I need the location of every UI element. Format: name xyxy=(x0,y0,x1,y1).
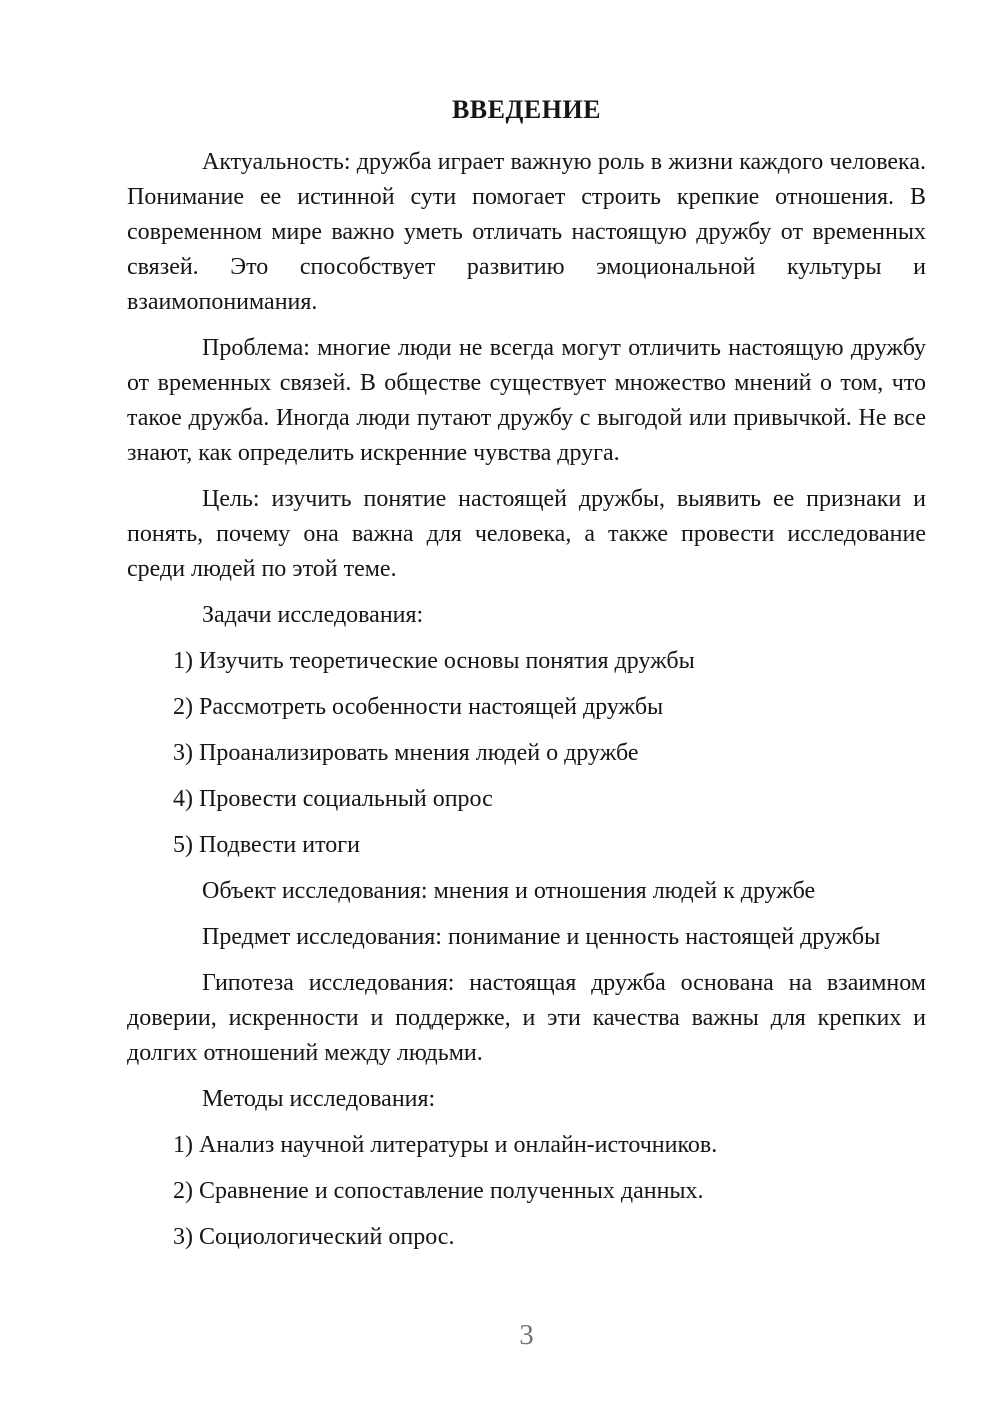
tasks-heading: Задачи исследования: xyxy=(127,598,926,633)
paragraph-subject: Предмет исследования: понимание и ценнос… xyxy=(127,920,926,955)
task-list-item: 4) Провести социальный опрос xyxy=(173,782,926,817)
method-list-item: 1) Анализ научной литературы и онлайн-ис… xyxy=(173,1128,926,1163)
task-list-item: 5) Подвести итоги xyxy=(173,828,926,863)
paragraph-goal: Цель: изучить понятие настоящей дружбы, … xyxy=(127,482,926,587)
paragraph-problem: Проблема: многие люди не всегда могут от… xyxy=(127,331,926,471)
paragraph-relevance: Актуальность: дружба играет важную роль … xyxy=(127,145,926,320)
document-page: ВВЕДЕНИЕ Актуальность: дружба играет важ… xyxy=(0,0,1000,1414)
method-list-item: 3) Социологический опрос. xyxy=(173,1220,926,1255)
paragraph-object: Объект исследования: мнения и отношения … xyxy=(127,874,926,909)
task-list-item: 1) Изучить теоретические основы понятия … xyxy=(173,644,926,679)
methods-heading: Методы исследования: xyxy=(127,1082,926,1117)
page-content: ВВЕДЕНИЕ Актуальность: дружба играет важ… xyxy=(127,92,926,1266)
page-title: ВВЕДЕНИЕ xyxy=(127,92,926,127)
task-list-item: 2) Рассмотреть особенности настоящей дру… xyxy=(173,690,926,725)
page-number: 3 xyxy=(127,1318,926,1353)
paragraph-hypothesis: Гипотеза исследования: настоящая дружба … xyxy=(127,966,926,1071)
task-list-item: 3) Проанализировать мнения людей о дружб… xyxy=(173,736,926,771)
method-list-item: 2) Сравнение и сопоставление полученных … xyxy=(173,1174,926,1209)
